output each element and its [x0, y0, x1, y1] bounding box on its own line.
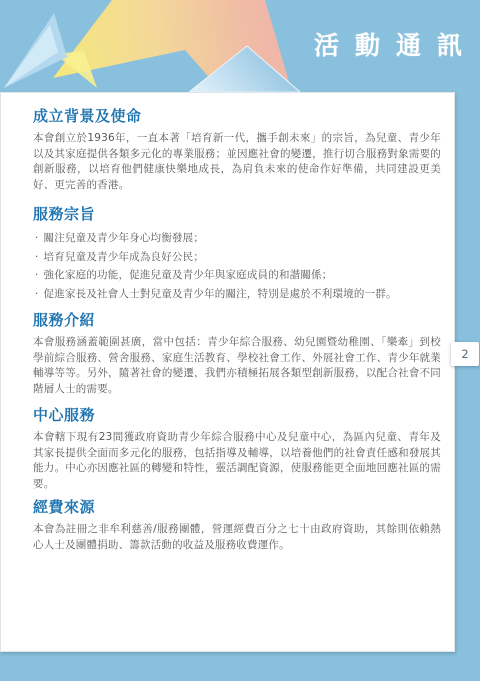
- page-title: 活動通訊: [314, 26, 478, 62]
- section-objectives-heading: 服務宗旨: [33, 205, 441, 223]
- page-number-tab: 2: [451, 342, 479, 366]
- section-founding-body: 本會創立於1936年，一直本著「培育新一代，攜手創未來」的宗旨，為兒童、青少年以…: [33, 131, 441, 193]
- section-objectives: 服務宗旨 ·關注兒童及青少年身心均衡發展； ·培育兒童及青少年成為良好公民； ·…: [33, 205, 441, 303]
- section-centres-heading: 中心服務: [33, 406, 441, 424]
- section-centres-body: 本會轄下現有23間獲政府資助青少年綜合服務中心及兒童中心，為區內兒童、青年及其家…: [33, 430, 441, 492]
- objective-item: ·促進家長及社會人士對兒童及青少年的關注，特別是處於不利環境的一群。: [33, 285, 441, 304]
- content-card: 成立背景及使命 本會創立於1936年，一直本著「培育新一代，攜手創未來」的宗旨，…: [0, 92, 455, 652]
- objective-item: ·培育兒童及青少年成為良好公民；: [33, 248, 441, 267]
- section-founding: 成立背景及使命 本會創立於1936年，一直本著「培育新一代，攜手創未來」的宗旨，…: [33, 107, 441, 193]
- paper-plane-fold: [4, 25, 58, 88]
- section-funding: 經費來源 本會為註冊之非牟利慈善/服務團體，營運經費百分之七十由政府資助，其餘則…: [33, 498, 441, 553]
- page-number: 2: [461, 347, 468, 361]
- objective-item: ·強化家庭的功能，促進兒童及青少年與家庭成員的和諧關係；: [33, 266, 441, 285]
- section-centre-services: 中心服務 本會轄下現有23間獲政府資助青少年綜合服務中心及兒童中心，為區內兒童、…: [33, 406, 441, 492]
- section-founding-heading: 成立背景及使命: [33, 107, 441, 125]
- objective-text: 強化家庭的功能，促進兒童及青少年與家庭成員的和諧關係；: [44, 269, 333, 281]
- bullet-dot: ·: [35, 248, 39, 267]
- page-header: 活動通訊: [0, 0, 480, 92]
- objective-text: 促進家長及社會人士對兒童及青少年的關注，特別是處於不利環境的一群。: [44, 288, 397, 300]
- section-funding-heading: 經費來源: [33, 498, 441, 516]
- newsletter-page: 活動通訊 成立背景及使命 本會創立於1936年，一直本著「培育新一代，攜手創未來…: [0, 0, 480, 681]
- objectives-list: ·關注兒童及青少年身心均衡發展； ·培育兒童及青少年成為良好公民； ·強化家庭的…: [33, 229, 441, 303]
- bullet-dot: ·: [35, 285, 39, 304]
- bullet-dot: ·: [35, 229, 39, 248]
- section-services-heading: 服務介紹: [33, 311, 441, 329]
- objective-text: 培育兒童及青少年成為良好公民；: [44, 251, 205, 263]
- objective-item: ·關注兒童及青少年身心均衡發展；: [33, 229, 441, 248]
- bullet-dot: ·: [35, 266, 39, 285]
- section-funding-body: 本會為註冊之非牟利慈善/服務團體，營運經費百分之七十由政府資助，其餘則依賴熱心人…: [33, 522, 441, 553]
- section-services-body: 本會服務涵蓋範圍甚廣，當中包括：青少年綜合服務、幼兒園暨幼稚園、「樂牽」到校學前…: [33, 335, 441, 397]
- objective-text: 關注兒童及青少年身心均衡發展；: [44, 232, 205, 244]
- section-services-intro: 服務介紹 本會服務涵蓋範圍甚廣，當中包括：青少年綜合服務、幼兒園暨幼稚園、「樂牽…: [33, 311, 441, 397]
